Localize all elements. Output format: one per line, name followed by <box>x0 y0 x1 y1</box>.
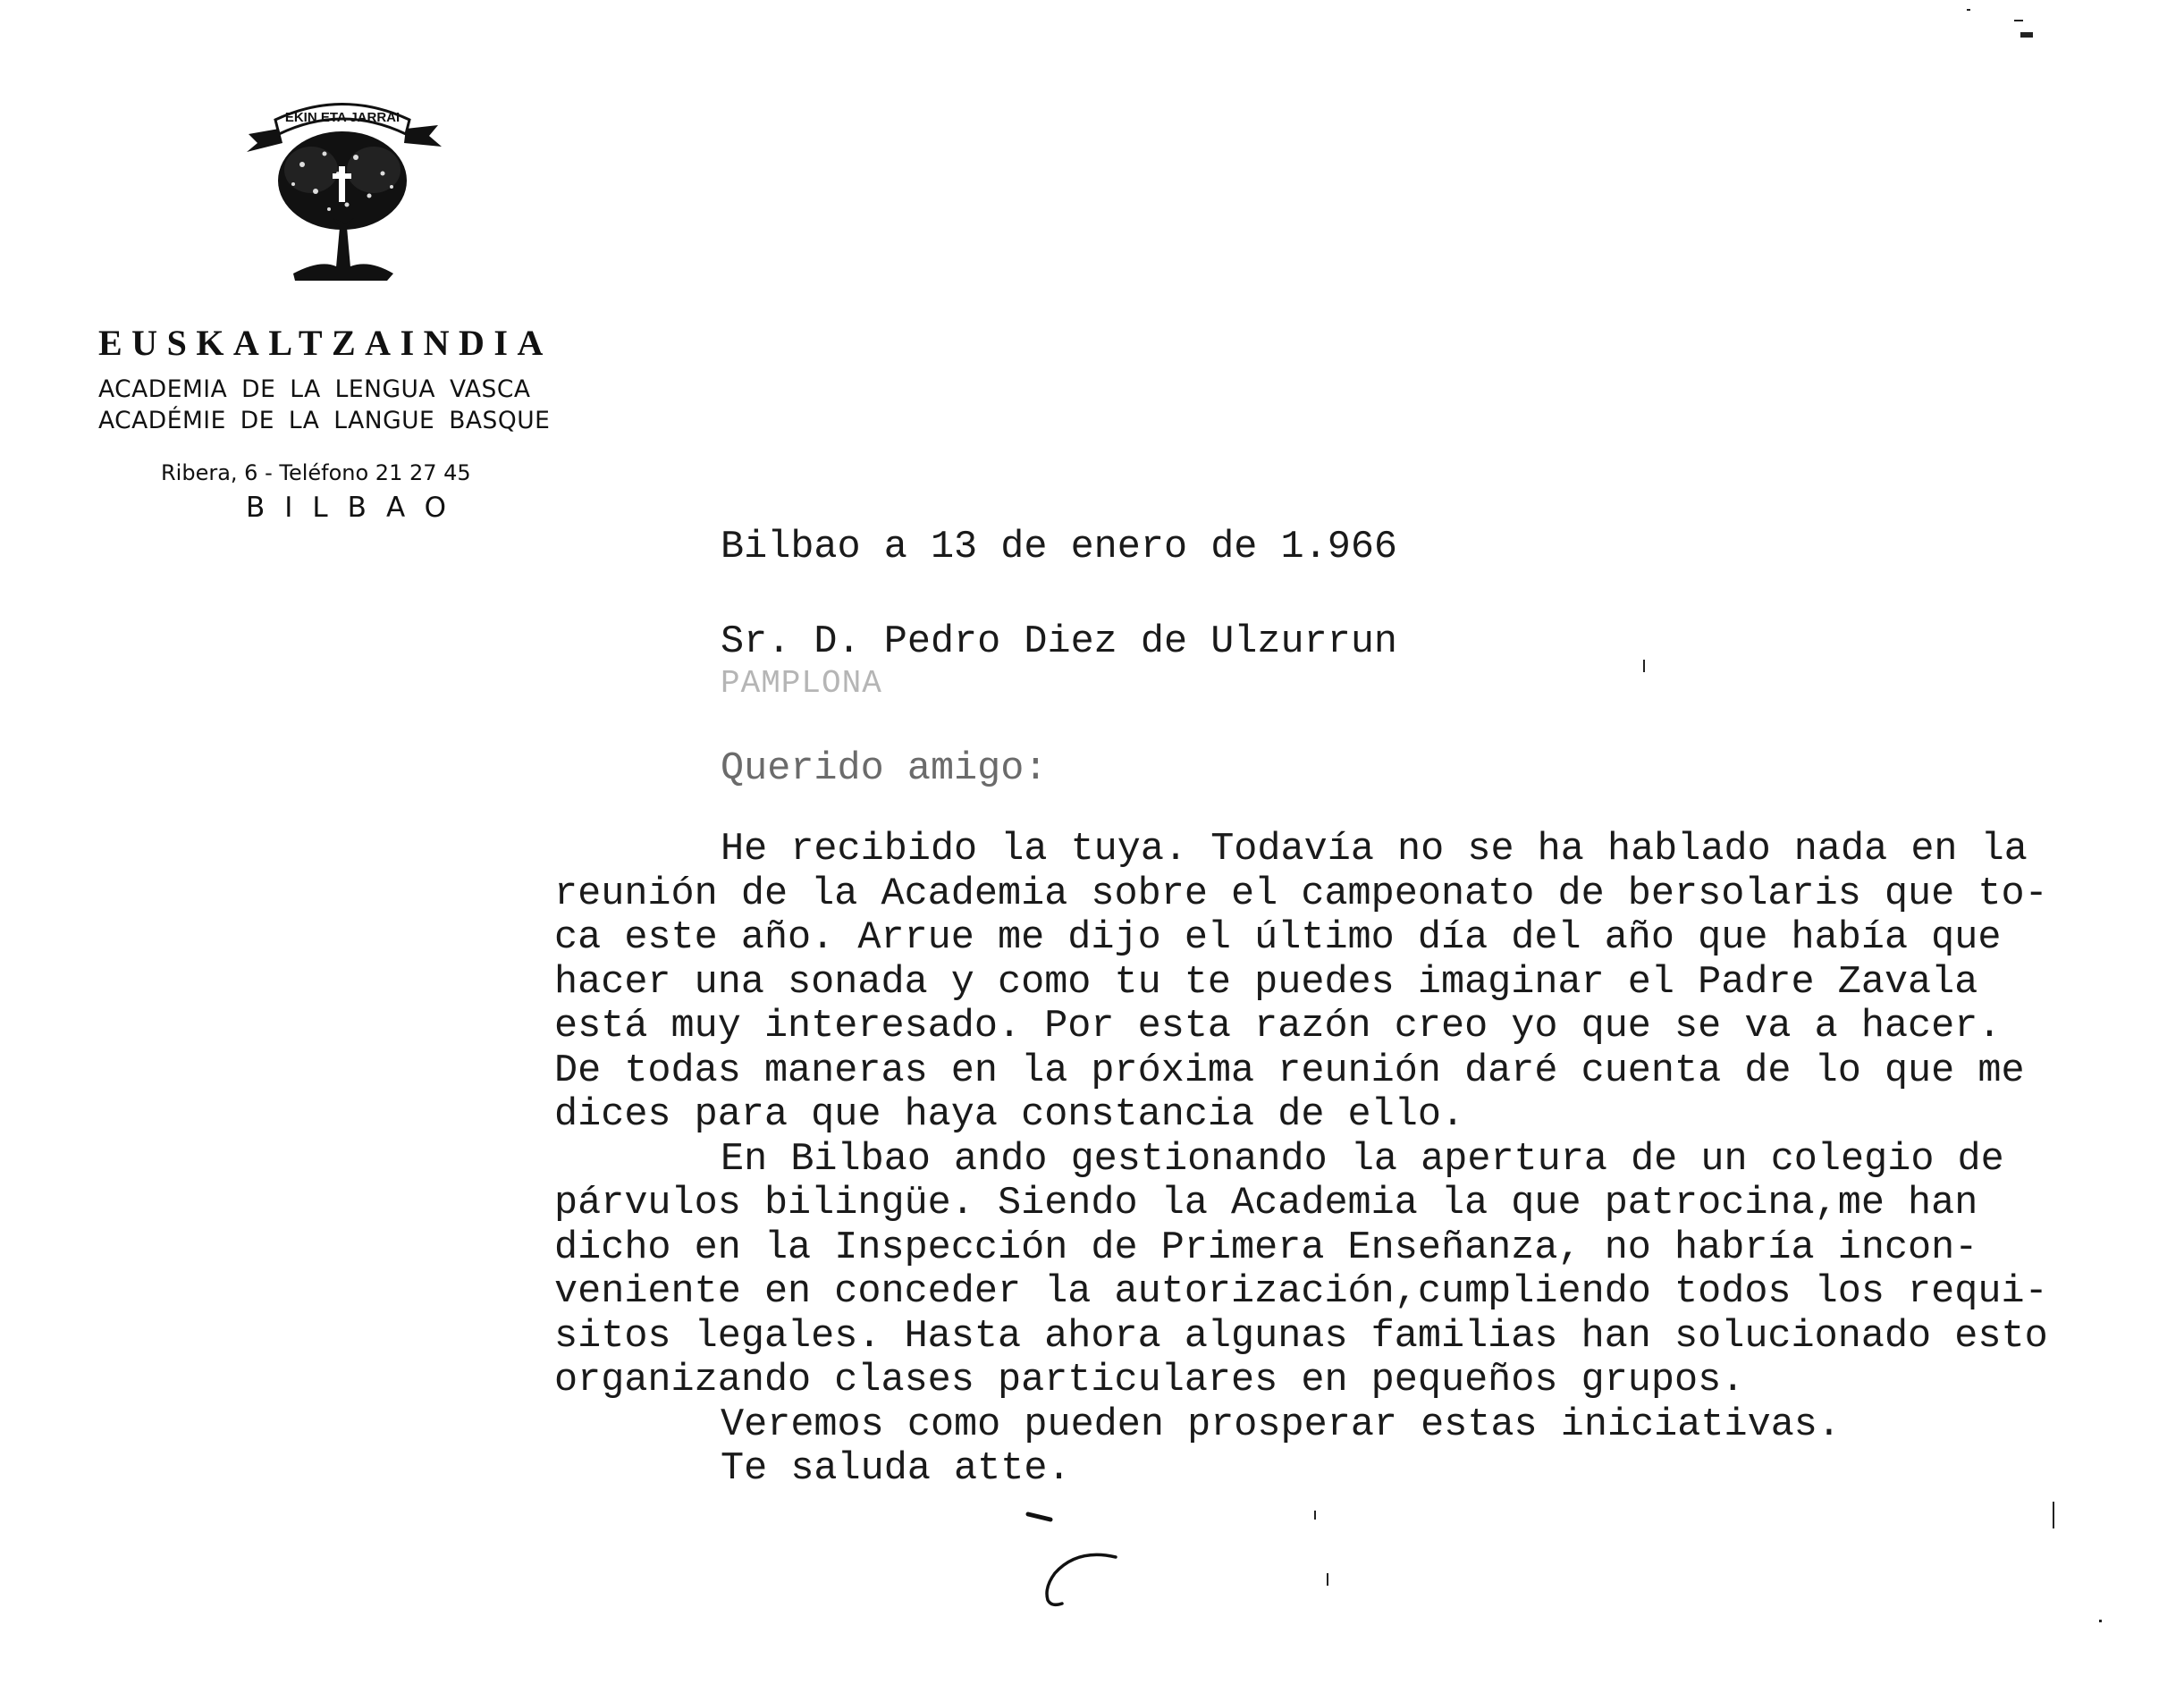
body-line: hacer una sonada y como tu te puedes ima… <box>554 961 2048 1006</box>
scan-speck <box>2099 1620 2102 1622</box>
body-line: Veremos como pueden prosperar estas inic… <box>554 1403 2048 1448</box>
handwritten-signature-icon <box>1010 1502 1144 1618</box>
body-line: En Bilbao ando gestionando la apertura d… <box>554 1138 2048 1183</box>
letter-page: EKIN ETA JARRAI EUSKAL <box>0 0 2184 1684</box>
body-line: está muy interesado. Por esta razón creo… <box>554 1005 2048 1049</box>
closing-line: Te saluda atte. <box>554 1447 2048 1492</box>
oak-tree-emblem-icon: EKIN ETA JARRAI <box>240 84 445 290</box>
body-line: dicho en la Inspección de Primera Enseña… <box>554 1226 2048 1271</box>
body-line: organizando clases particulares en peque… <box>554 1359 2048 1403</box>
organization-subtitle-spanish: ACADEMIA DE LA LENGUA VASCA <box>98 375 586 404</box>
body-line: dices para que haya constancia de ello. <box>554 1093 2048 1138</box>
body-line: He recibido la tuya. Todavía no se ha ha… <box>554 828 2048 872</box>
letter-date: Bilbao a 13 de enero de 1.966 <box>721 526 1397 570</box>
scan-speck <box>1643 660 1645 672</box>
organization-name: EUSKALTZAINDIA <box>98 324 581 363</box>
body-line: ca este año. Arrue me dijo el último día… <box>554 916 2048 961</box>
organization-city: BILBAO <box>246 492 466 524</box>
body-line: De todas maneras en la próxima reunión d… <box>554 1049 2048 1094</box>
svg-text:EKIN ETA JARRAI: EKIN ETA JARRAI <box>285 110 400 125</box>
organization-subtitle-french: ACADÉMIE DE LA LANGUE BASQUE <box>98 407 586 435</box>
scan-speck <box>2020 32 2033 38</box>
scan-speck <box>2014 20 2023 21</box>
scan-speck <box>1314 1511 1316 1520</box>
recipient-city: PAMPLONA <box>721 661 882 706</box>
salutation: Querido amigo: <box>721 747 1047 792</box>
body-line: veniente en conceder la autorización,cum… <box>554 1270 2048 1315</box>
recipient-name: Sr. D. Pedro Diez de Ulzurrun <box>721 620 1397 665</box>
body-line: sitos legales. Hasta ahora algunas famil… <box>554 1315 2048 1360</box>
letter-body: He recibido la tuya. Todavía no se ha ha… <box>554 828 2048 1492</box>
scan-speck <box>1967 9 1970 11</box>
organization-address: Ribera, 6 - Teléfono 21 27 45 <box>161 459 471 486</box>
scan-speck <box>1327 1573 1328 1586</box>
scan-speck <box>2053 1502 2054 1528</box>
body-line: reunión de la Academia sobre el campeona… <box>554 872 2048 917</box>
body-line: párvulos bilingüe. Siendo la Academia la… <box>554 1182 2048 1226</box>
